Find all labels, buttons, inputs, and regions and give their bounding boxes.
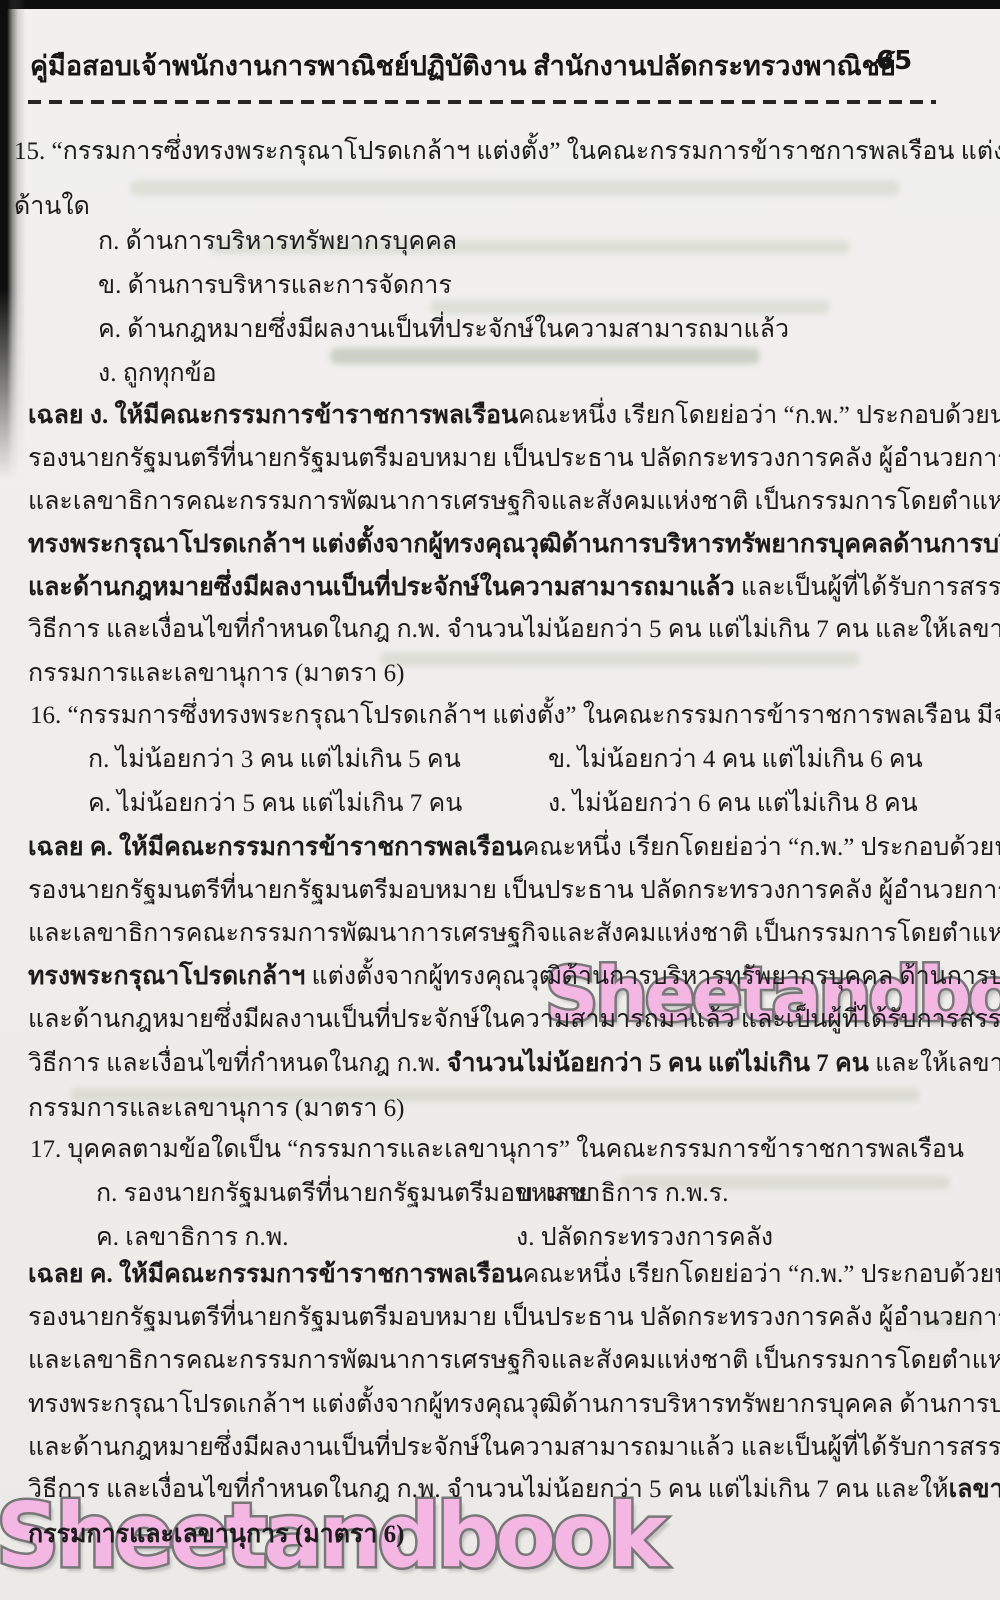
question-17-line-1: 17. บุคคลตามข้อใดเป็น “กรรมการและเลขานุก… [30,1130,964,1170]
scan-edge-left [0,0,26,480]
answer-17-line-5: และด้านกฎหมายซึ่งมีผลงานเป็นที่ประจักษ์ใ… [28,1428,1000,1468]
answer-15-line-5: และด้านกฎหมายซึ่งมีผลงานเป็นที่ประจักษ์ใ… [28,568,1000,608]
answer-16-line-2: รองนายกรัฐมนตรีที่นายกรัฐมนตรีมอบหมาย เป… [28,871,1000,911]
answer-17-line-2: รองนายกรัฐมนตรีที่นายกรัฐมนตรีมอบหมาย เป… [28,1298,1000,1338]
question-17-choice-b: ข. เลขาธิการ ก.พ.ร. [516,1174,729,1214]
answer-16-line-1: เฉลย ค. ให้มีคณะกรรมการข้าราชการพลเรือนค… [28,828,1000,868]
question-16-choice-a: ก. ไม่น้อยกว่า 3 คน แต่ไม่เกิน 5 คน [88,740,461,780]
answer-15-line-6: วิธีการ และเงื่อนไขที่กำหนดในกฎ ก.พ. จำน… [28,610,1000,650]
question-15-choice-d: ง. ถูกทุกข้อ [98,354,217,394]
answer-16-line-5: และด้านกฎหมายซึ่งมีผลงานเป็นที่ประจักษ์ใ… [28,1000,1000,1040]
scan-edge-top [0,0,1000,9]
page-title: คู่มือสอบเจ้าพนักงานการพาณิชย์ปฏิบัติงาน… [30,44,896,87]
question-16-choice-c: ค. ไม่น้อยกว่า 5 คน แต่ไม่เกิน 7 คน [88,784,462,824]
question-17-choice-d: ง. ปลัดกระทรวงการคลัง [516,1218,773,1258]
answer-15-line-3: และเลขาธิการคณะกรรมการพัฒนาการเศรษฐกิจแล… [28,482,1000,522]
answer-15-line-2: รองนายกรัฐมนตรีที่นายกรัฐมนตรีมอบหมาย เป… [28,439,1000,479]
bleed-through [380,652,860,666]
question-15-line-1: 15. “กรรมการซึ่งทรงพระกรุณาโปรดเกล้าฯ แต… [14,132,1000,172]
answer-15-line-7: กรรมการและเลขานุการ (มาตรา 6) [28,654,405,694]
answer-17-line-4: ทรงพระกรุณาโปรดเกล้าฯ แต่งตั้งจากผู้ทรงค… [28,1385,1000,1425]
answer-16-line-4: ทรงพระกรุณาโปรดเกล้าฯ แต่งตั้งจากผู้ทรงค… [28,957,1000,997]
answer-16-line-3: และเลขาธิการคณะกรรมการพัฒนาการเศรษฐกิจแล… [28,914,1000,954]
question-16-line-1: 16. “กรรมการซึ่งทรงพระกรุณาโปรดเกล้าฯ แต… [30,696,1000,736]
answer-15-line-4: ทรงพระกรุณาโปรดเกล้าฯ แต่งตั้งจากผู้ทรงค… [28,525,1000,565]
answer-15-line-1: เฉลย ง. ให้มีคณะกรรมการข้าราชการพลเรือนค… [28,396,1000,436]
answer-17-line-7: กรรมการและเลขานุการ (มาตรา 6) [28,1515,405,1555]
answer-17-line-6: วิธีการ และเงื่อนไขที่กำหนดในกฎ ก.พ. จำน… [28,1470,1000,1510]
answer-17-line-1: เฉลย ค. ให้มีคณะกรรมการข้าราชการพลเรือนค… [28,1255,1000,1295]
answer-16-line-7: กรรมการและเลขานุการ (มาตรา 6) [28,1089,405,1129]
question-17-choice-c: ค. เลขาธิการ ก.พ. [96,1218,288,1258]
question-16-choice-d: ง. ไม่น้อยกว่า 6 คน แต่ไม่เกิน 8 คน [548,784,918,824]
question-15-line-2: ด้านใด [14,187,90,227]
question-15-choice-a: ก. ด้านการบริหารทรัพยากรบุคคล [98,222,457,262]
question-16-choice-b: ข. ไม่น้อยกว่า 4 คน แต่ไม่เกิน 6 คน [548,740,923,780]
bleed-through [130,180,900,196]
question-15-choice-b: ข. ด้านการบริหารและการจัดการ [98,266,452,306]
dashed-divider [28,100,936,104]
question-15-choice-c: ค. ด้านกฎหมายซึ่งมีผลงานเป็นที่ประจักษ์ใ… [98,310,789,350]
answer-16-line-6: วิธีการ และเงื่อนไขที่กำหนดในกฎ ก.พ. จำน… [28,1044,1000,1084]
page-number: 65 [876,46,912,76]
answer-17-line-3: และเลขาธิการคณะกรรมการพัฒนาการเศรษฐกิจแล… [28,1341,1000,1381]
scanned-book-page: Sheetandbook Sheetandbook คู่มือสอบเจ้าพ… [0,0,1000,1600]
bleed-through [330,348,760,364]
